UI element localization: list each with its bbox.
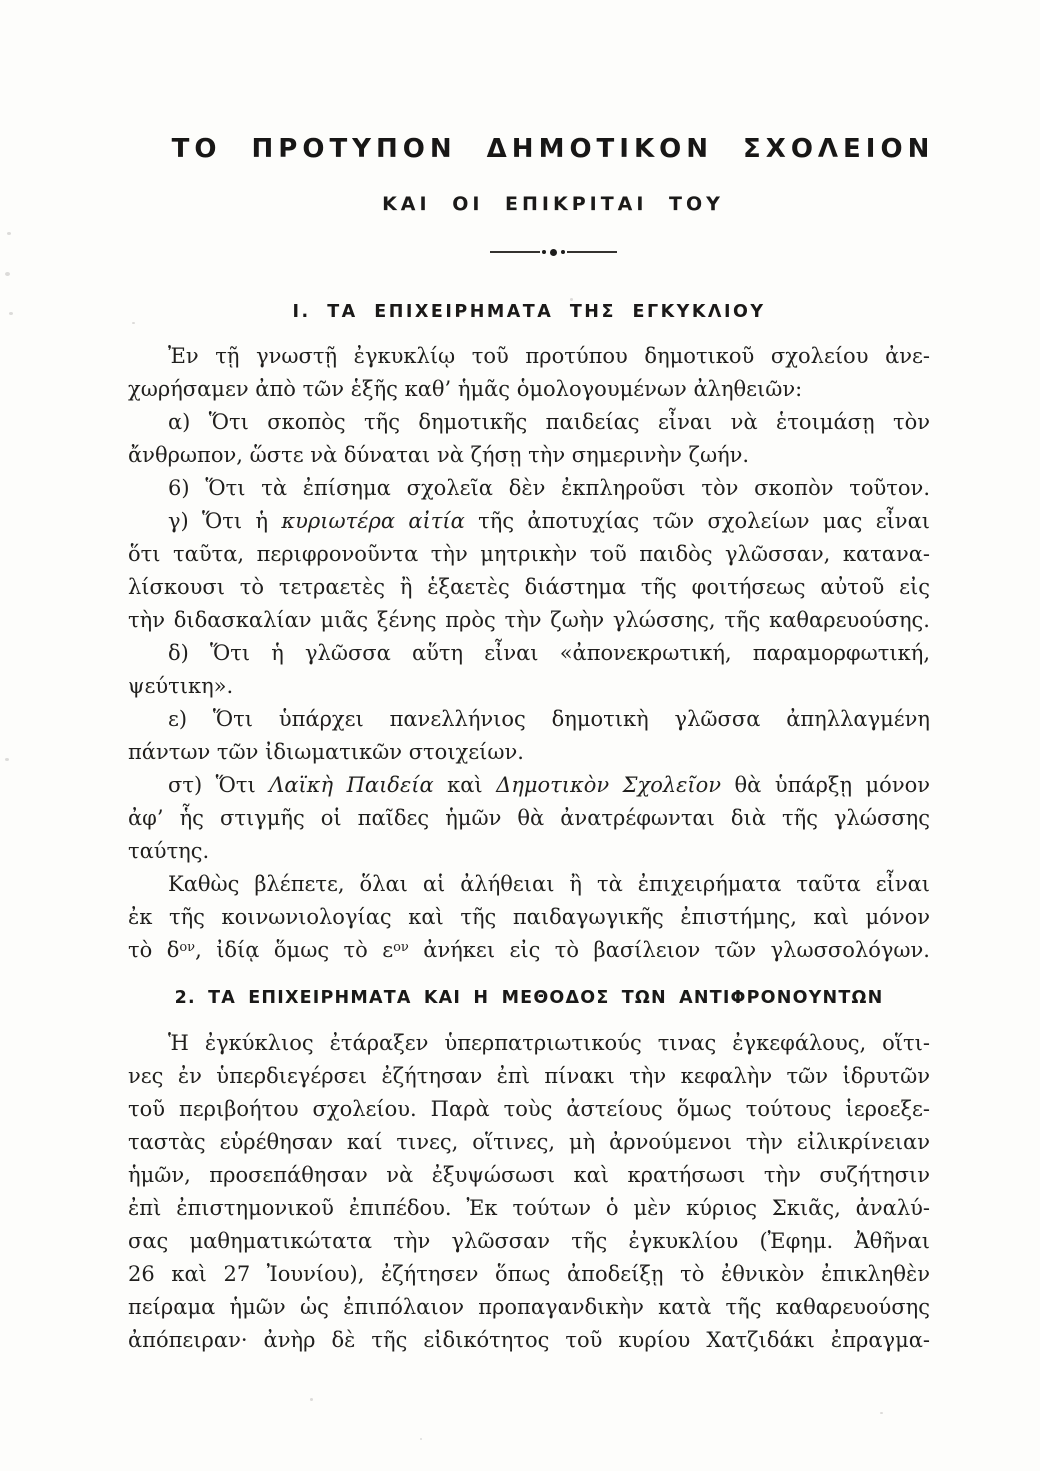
text-line: τοῦ περιβοήτου σχολείου. Παρὰ τοὺς ἀστεί… [128, 1093, 930, 1126]
text-line: νες ἐν ὑπερδιεγέρσει ἐζήτησαν ἐπὶ πίνακι… [128, 1060, 930, 1093]
text-line: τὸ δον, ἰδίᾳ ὅμως τὸ εον ἀνήκει εἰς τὸ β… [128, 934, 930, 967]
text-line: 6) Ὅτι τὰ ἐπίσημα σχολεῖα δὲν ἐκπληροῦσι… [128, 472, 930, 505]
section-2-body: Ἡ ἐγκύκλιος ἐτάραξεν ὑπερπατριωτικούς τι… [128, 1027, 930, 1357]
scanned-page: ΤΟ ΠΡΟΤΥΠΟΝ ΔΗΜΟΤΙΚΟΝ ΣΧΟΛΕΙΟΝ ΚΑΙ ΟΙ ΕΠ… [0, 0, 1040, 1471]
text-line: χωρήσαμεν ἀπὸ τῶν ἑξῆς καθ’ ἡμᾶς ὁμολογο… [128, 373, 930, 406]
text-line: πάντων τῶν ἰδιωματικῶν στοιχείων. [128, 736, 930, 769]
text-line: Ἡ ἐγκύκλιος ἐτάραξεν ὑπερπατριωτικούς τι… [128, 1027, 930, 1060]
document-title: ΤΟ ΠΡΟΤΥΠΟΝ ΔΗΜΟΤΙΚΟΝ ΣΧΟΛΕΙΟΝ [152, 134, 954, 164]
divider-ornament [152, 248, 954, 256]
text-line: ὅτι ταῦτα, περιφρονοῦντα τὴν μητρικὴν το… [128, 538, 930, 571]
paragraph: γ) Ὅτι ἡ κυριωτέρα αἰτία τῆς ἀποτυχίας τ… [128, 505, 930, 637]
divider-line-left [490, 251, 540, 253]
section-1-body: Ἐν τῇ γνωστῇ ἐγκυκλίῳ τοῦ προτύπου δημοτ… [128, 340, 930, 967]
divider-dot [561, 250, 565, 254]
text-line: α) Ὅτι σκοπὸς τῆς δημοτικῆς παιδείας εἶν… [128, 406, 930, 439]
scan-speck [9, 312, 13, 315]
scan-speck [5, 758, 9, 761]
text-line: τὴν διδασκαλίαν μιᾶς ξένης πρὸς τὴν ζωὴν… [128, 604, 930, 637]
scan-speck [5, 272, 10, 276]
scan-speck [132, 322, 135, 324]
text-line: ἄνθρωπον, ὥστε νὰ δύναται νὰ ζήσῃ τὴν ση… [128, 439, 930, 472]
text-line: ε) Ὅτι ὑπάρχει πανελλήνιος δημοτικὴ γλῶσ… [128, 703, 930, 736]
paragraph: Ἡ ἐγκύκλιος ἐτάραξεν ὑπερπατριωτικούς τι… [128, 1027, 930, 1357]
scan-speck [7, 232, 11, 235]
scan-speck [570, 298, 573, 301]
paragraph: στ) Ὅτι Λαϊκὴ Παιδεία καὶ Δημοτικὸν Σχολ… [128, 769, 930, 868]
paragraph: α) Ὅτι σκοπὸς τῆς δημοτικῆς παιδείας εἶν… [128, 406, 930, 472]
paragraph: ε) Ὅτι ὑπάρχει πανελλήνιος δημοτικὴ γλῶσ… [128, 703, 930, 769]
paragraph: Ἐν τῇ γνωστῇ ἐγκυκλίῳ τοῦ προτύπου δημοτ… [128, 340, 930, 406]
section-2-heading: 2. ΤΑ ΕΠΙΧΕΙΡΗΜΑΤΑ ΚΑΙ Η ΜΕΘΟΔΟΣ ΤΩΝ ΑΝΤ… [128, 988, 930, 1008]
text-line: ἐπὶ ἐπιστημονικοῦ ἐπιπέδου. Ἐκ τούτων ὁ … [128, 1192, 930, 1225]
paragraph: 6) Ὅτι τὰ ἐπίσημα σχολεῖα δὲν ἐκπληροῦσι… [128, 472, 930, 505]
paragraph: δ) Ὅτι ἡ γλῶσσα αὕτη εἶναι «ἀπονεκρωτική… [128, 637, 930, 703]
text-line: ἐκ τῆς κοινωνιολογίας καὶ τῆς παιδαγωγικ… [128, 901, 930, 934]
text-line: δ) Ὅτι ἡ γλῶσσα αὕτη εἶναι «ἀπονεκρωτική… [128, 637, 930, 670]
text-line: ταστὰς εὑρέθησαν καί τινες, οἵτινες, μὴ … [128, 1126, 930, 1159]
text-line: γ) Ὅτι ἡ κυριωτέρα αἰτία τῆς ἀποτυχίας τ… [128, 505, 930, 538]
scan-speck [638, 152, 641, 155]
text-line: στ) Ὅτι Λαϊκὴ Παιδεία καὶ Δημοτικὸν Σχολ… [128, 769, 930, 802]
scan-speck [310, 1398, 313, 1401]
text-column: ΤΟ ΠΡΟΤΥΠΟΝ ΔΗΜΟΤΙΚΟΝ ΣΧΟΛΕΙΟΝ ΚΑΙ ΟΙ ΕΠ… [128, 0, 930, 1357]
text-line: πείραμα ἡμῶν ὡς ἐπιπόλαιον προπαγανδικὴν… [128, 1291, 930, 1324]
text-line: ἀπόπειραν· ἀνὴρ δὲ τῆς εἰδικότητος τοῦ κ… [128, 1324, 930, 1357]
text-line: ταύτης. [128, 835, 930, 868]
divider-dot [550, 249, 557, 256]
text-line: 26 καὶ 27 Ἰουνίου), ἐζήτησεν ὅπως ἀποδεί… [128, 1258, 930, 1291]
divider-dot [542, 250, 546, 254]
text-line: Καθὼς βλέπετε, ὅλαι αἱ ἀλήθειαι ἢ τὰ ἐπι… [128, 868, 930, 901]
scan-speck [880, 1412, 883, 1414]
scan-speck [420, 1438, 422, 1440]
text-line: ψεύτικη». [128, 670, 930, 703]
document-subtitle: ΚΑΙ ΟΙ ΕΠΙΚΡΙΤΑΙ ΤΟΥ [152, 193, 954, 215]
divider-line-right [567, 251, 617, 253]
text-line: σας μαθηματικώτατα τὴν γλῶσσαν τῆς ἐγκυκ… [128, 1225, 930, 1258]
paragraph: Καθὼς βλέπετε, ὅλαι αἱ ἀλήθειαι ἢ τὰ ἐπι… [128, 868, 930, 967]
text-line: ἡμῶν, προσεπάθησαν νὰ ἐξυψώσωσι καὶ κρατ… [128, 1159, 930, 1192]
text-line: λίσκουσι τὸ τετραετὲς ἢ ἑξαετὲς διάστημα… [128, 571, 930, 604]
section-1-heading: Ι. ΤΑ ΕΠΙΧΕΙΡΗΜΑΤΑ ΤΗΣ ΕΓΚΥΚΛΙΟΥ [128, 302, 930, 322]
text-line: Ἐν τῇ γνωστῇ ἐγκυκλίῳ τοῦ προτύπου δημοτ… [128, 340, 930, 373]
text-line: ἀφ’ ἧς στιγμῆς οἱ παῖδες ἡμῶν θὰ ἀνατρέφ… [128, 802, 930, 835]
